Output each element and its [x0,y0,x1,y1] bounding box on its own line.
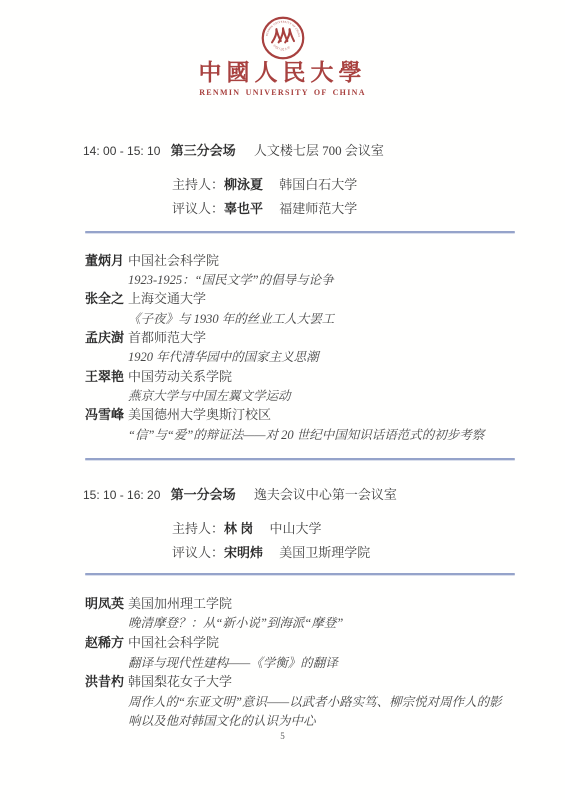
session-1-discussant-line: 评议人：辜也平 福建师范大学 [172,200,357,217]
discussant-name: 宋明炜 [224,545,263,560]
university-logo: RENMIN UNIVERSITY OF CHINA 中国人民大学 中國人民大學… [0,16,565,97]
paper-title: 1920 年代清华园中的国家主义思潮 [128,348,319,366]
session-2-venue: 逸夫会议中心第一会议室 [254,487,397,502]
speaker-row: 董炳月中国社会科学院 [85,252,219,269]
speaker-name: 明凤英 [85,595,128,612]
speaker-row: 王翠艳中国劳动关系学院 [85,368,232,385]
session-1-chair-line: 主持人：柳泳夏 韩国白石大学 [172,176,357,193]
discussant-affiliation: 美国卫斯理学院 [279,545,370,560]
session-2-name: 第一分会场 [171,487,236,502]
paper-title: 周作人的“东亚文明”意识——以武者小路实笃、柳宗悦对周作人的影 [128,693,502,711]
paper-title: 翻译与现代性建构——《学衡》的翻译 [128,654,338,672]
speaker-row: 明凤英美国加州理工学院 [85,595,232,612]
chair-label: 主持人： [172,521,224,536]
speaker-row: 赵稀方中国社会科学院 [85,634,219,651]
seal-ring-bottom-text: 中国人民大学 [272,43,291,52]
paper-title: 1923-1925：“国民文学”的倡导与论争 [128,271,334,289]
speaker-row: 冯雪峰美国德州大学奥斯汀校区 [85,406,271,423]
speaker-row: 张全之上海交通大学 [85,290,206,307]
discussant-label: 评议人： [172,545,224,560]
session-2-discussant-line: 评议人：宋明炜 美国卫斯理学院 [172,544,370,561]
paper-title: 《子夜》与 1930 年的丝业工人大罢工 [128,310,334,328]
conference-program-page: RENMIN UNIVERSITY OF CHINA 中国人民大学 中國人民大學… [0,0,565,800]
session-2-chair-line: 主持人：林 岗 中山大学 [172,520,322,537]
session-2-header: 15: 10 - 16: 20 第一分会场 逸夫会议中心第一会议室 [83,486,397,504]
logo-english-name: RENMIN UNIVERSITY OF CHINA [0,88,565,97]
speaker-affiliation: 上海交通大学 [128,291,206,306]
speaker-affiliation: 首都师范大学 [128,330,206,345]
speaker-name: 张全之 [85,290,128,307]
speaker-name: 赵稀方 [85,634,128,651]
speaker-name: 洪昔杓 [85,673,128,690]
discussant-name: 辜也平 [224,201,263,216]
speaker-affiliation: 中国社会科学院 [128,253,219,268]
divider [85,573,515,575]
speaker-name: 孟庆澍 [85,329,128,346]
speaker-row: 孟庆澍首都师范大学 [85,329,206,346]
chair-name: 林 岗 [224,521,253,536]
chair-affiliation: 韩国白石大学 [279,177,357,192]
paper-title: 燕京大学与中国左翼文学运动 [128,387,291,405]
university-seal-icon: RENMIN UNIVERSITY OF CHINA 中国人民大学 [261,16,305,60]
speaker-affiliation: 美国加州理工学院 [128,596,232,611]
paper-title: “信”与“爱”的辩证法——对 20 世纪中国知识话语范式的初步考察 [128,426,484,444]
chair-label: 主持人： [172,177,224,192]
divider [85,458,515,460]
speaker-affiliation: 中国社会科学院 [128,635,219,650]
session-1-name: 第三分会场 [171,143,236,158]
svg-text:中国人民大学: 中国人民大学 [272,43,291,52]
session-1-time: 14: 00 - 15: 10 [83,144,160,158]
speaker-name: 冯雪峰 [85,406,128,423]
paper-title: 响以及他对韩国文化的认识为中心 [128,712,316,730]
discussant-affiliation: 福建师范大学 [279,201,357,216]
page-number: 5 [0,731,565,741]
speaker-name: 王翠艳 [85,368,128,385]
paper-title: 晚清摩登？：从“新小说”到海派“摩登” [128,614,343,632]
session-2-time: 15: 10 - 16: 20 [83,488,160,502]
speaker-row: 洪昔杓韩国梨花女子大学 [85,673,232,690]
speaker-affiliation: 中国劳动关系学院 [128,369,232,384]
logo-chinese-name: 中國人民大學 [0,61,565,85]
session-1-venue: 人文楼七层 700 会议室 [254,143,384,158]
chair-name: 柳泳夏 [224,177,263,192]
session-1-header: 14: 00 - 15: 10 第三分会场 人文楼七层 700 会议室 [83,142,384,160]
speaker-affiliation: 韩国梨花女子大学 [128,674,232,689]
divider [85,231,515,233]
speaker-name: 董炳月 [85,252,128,269]
chair-affiliation: 中山大学 [270,521,322,536]
discussant-label: 评议人： [172,201,224,216]
speaker-affiliation: 美国德州大学奥斯汀校区 [128,407,271,422]
